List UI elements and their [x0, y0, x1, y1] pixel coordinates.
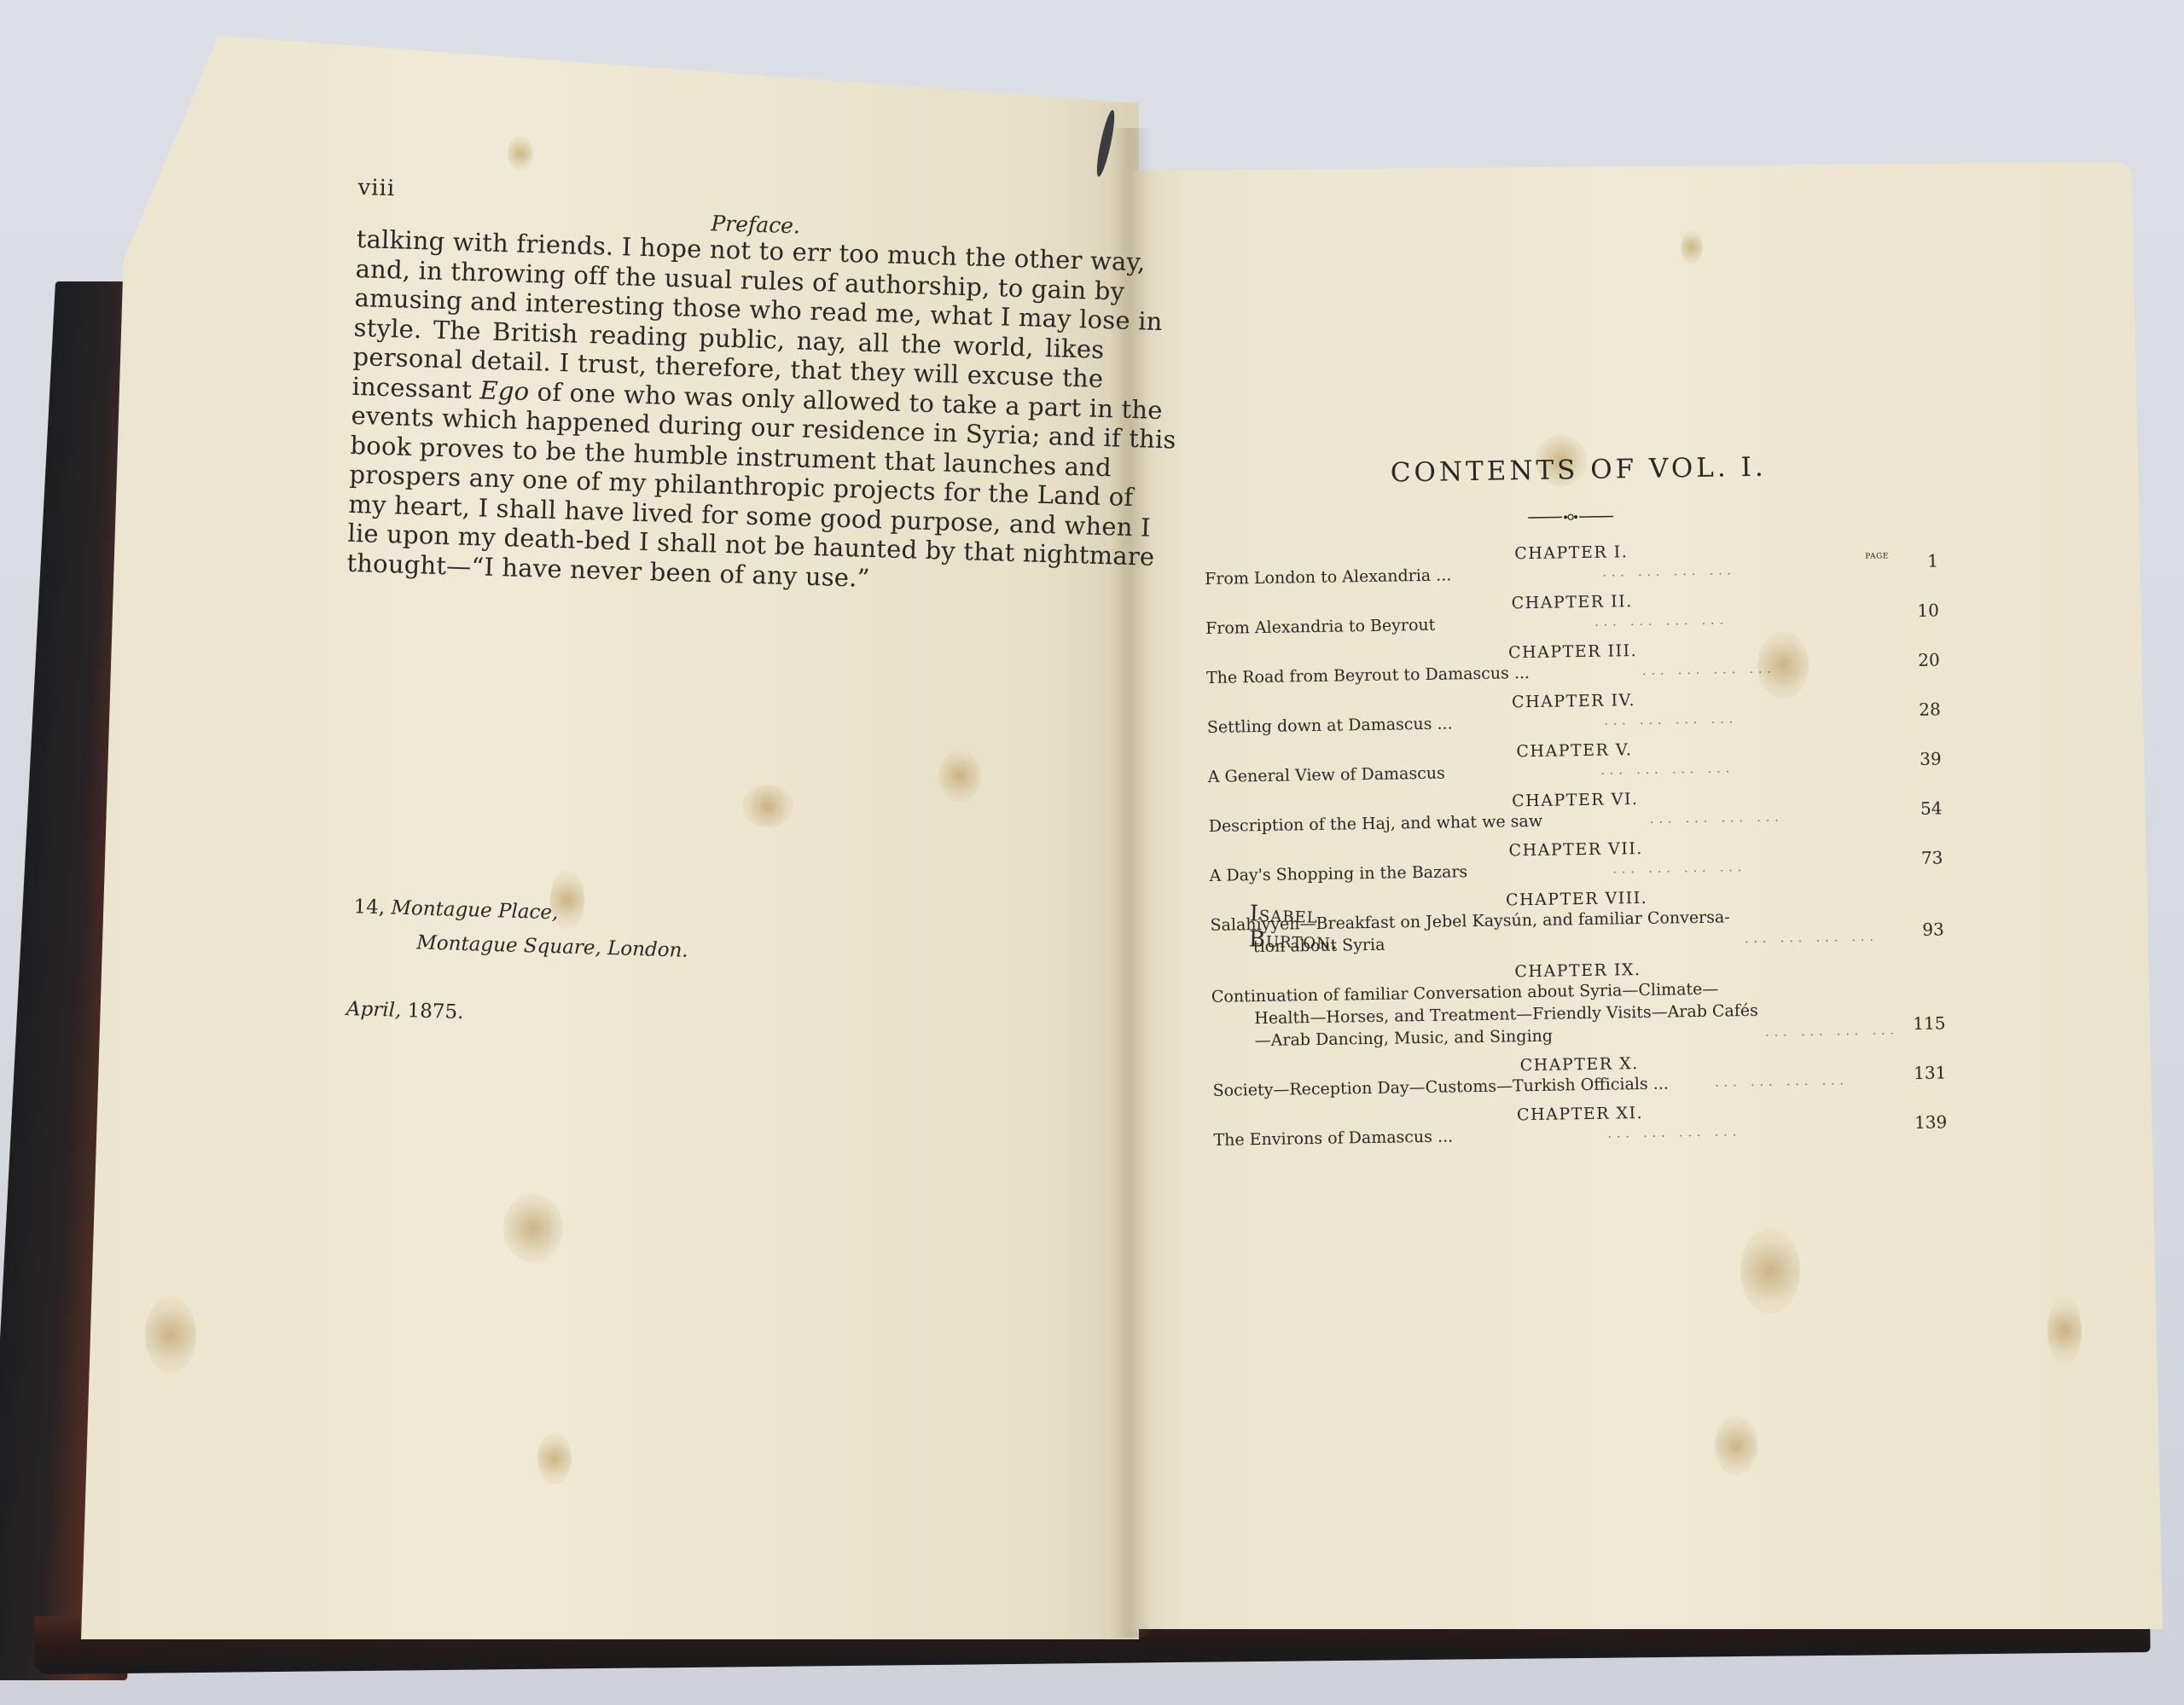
gutter-shadow: [1109, 128, 1152, 1638]
leader-dots: ... ... ... ...: [1758, 1019, 1895, 1044]
chapter-title: Description of the Haj, and what we saw: [1209, 810, 1543, 838]
leader-dots: ... ... ... ...: [1730, 925, 1893, 950]
foxing-stain: [508, 136, 533, 171]
foxing-stain: [938, 751, 981, 802]
leader-dots: ... ... ... ...: [1669, 1069, 1896, 1094]
chapter-title: Continuation of familiar Conversation ab…: [1211, 977, 1759, 1053]
page-ref: 93: [1893, 918, 1944, 941]
foxing-stain: [503, 1194, 563, 1262]
page-ref: 10: [1888, 599, 1939, 622]
left-page-text: viii Preface. talking with friends. I ho…: [346, 175, 1109, 600]
preface-date: April, 1875.: [346, 998, 464, 1024]
running-head: Preface.: [711, 211, 800, 238]
body-text-fragment: incessant: [351, 371, 480, 403]
chapter-title: From London to Alexandria ...: [1205, 564, 1452, 590]
chapter-title: A General View of Damascus: [1208, 763, 1445, 788]
page-ref: 115: [1894, 1012, 1945, 1035]
date-month: April,: [346, 998, 402, 1022]
foxing-stain: [145, 1296, 196, 1373]
address-number: 14,: [353, 896, 385, 919]
foxing-stain: [1681, 230, 1703, 264]
leader-dots: ... ... ... ...: [1530, 656, 1889, 684]
toc-entry[interactable]: Continuation of familiar Conversation ab…: [1211, 974, 1946, 1052]
chapter-title: Salahíyyeh—Breakfast on Jebel Kaysún, an…: [1210, 906, 1730, 959]
foxing-stain: [2047, 1296, 2082, 1365]
chapter-title: Settling down at Damascus ...: [1207, 712, 1453, 739]
page-column-label: PAGE: [1865, 545, 1889, 567]
page-ref: 139: [1896, 1111, 1947, 1134]
foxing-stain: [1740, 1228, 1800, 1314]
ornament-rule-icon: [1528, 510, 1613, 524]
leader-dots: ... ... ... ...: [1542, 804, 1891, 832]
page-ref: 73: [1891, 846, 1943, 869]
foxing-stain: [742, 785, 793, 827]
date-year: 1875.: [407, 1000, 464, 1024]
page-ref: 39: [1890, 747, 1941, 770]
page-ref: 20: [1889, 648, 1940, 671]
page-ref: 28: [1889, 698, 1940, 721]
chapter-title: A Day's Shopping in the Bazars: [1209, 861, 1467, 887]
emphasis-ego: Ego: [479, 375, 530, 406]
foxing-stain: [537, 1433, 572, 1484]
page-ref: 54: [1891, 797, 1942, 820]
page-ref: 1: [1887, 549, 1938, 572]
chapter-title: The Environs of Damascus ...: [1213, 1125, 1453, 1151]
chapter-title: From Alexandria to Beyrout: [1205, 614, 1436, 640]
table-of-contents: CHAPTER I. PAGE From London to Alexandri…: [1205, 537, 1948, 1151]
right-page-text: CONTENTS OF VOL. I. CHAPTER I. PAGE From…: [1203, 449, 1948, 1151]
preface-body: talking with friends. I hope not to err …: [346, 224, 1107, 600]
page-ref: 131: [1895, 1061, 1946, 1084]
foxing-stain: [1715, 1416, 1757, 1476]
chapter-title: The Road from Beyrout to Damascus ...: [1206, 662, 1530, 689]
